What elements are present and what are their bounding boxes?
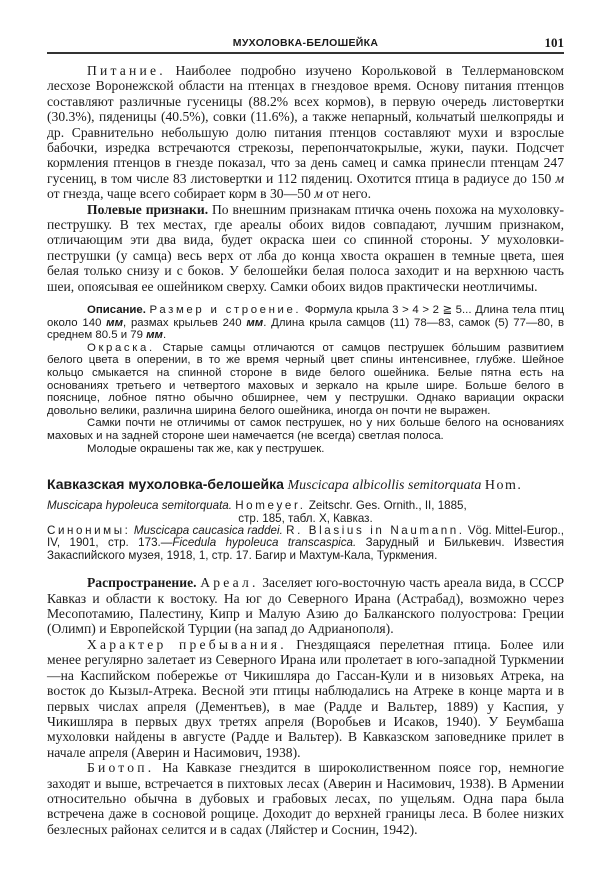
original-citation: Muscicapa hypoleuca semitorquata. Homeye… [47,500,564,512]
feeding-paragraph: Питание. Наиболее подробно изучено Корол… [47,63,564,202]
distribution-section: Распространение. Ареал. Заселяет юго-вос… [47,575,564,837]
range-label: Ареал. [200,575,258,590]
young-paragraph: Молодые окрашены так же, как у пеструшек… [47,443,564,456]
females-paragraph: Самки почти не отличимы от самок пеструш… [47,417,564,442]
field-marks-label: Полевые признаки. [87,202,208,217]
species-name-lat: Muscicapa albicollis semitorquata [287,478,481,493]
distribution-label: Распространение. [87,575,197,590]
description-label: Описание. [87,304,146,316]
size-paragraph: Описание. Размер и строение. Формула кры… [47,304,564,342]
biotope-label: Биотоп. [87,760,154,775]
synonymy-block: Muscicapa hypoleuca semitorquata. Homeye… [47,500,564,562]
species-heading: Кавказская мухоловка-белошейка Muscicapa… [47,476,564,494]
running-title: МУХОЛОВКА-БЕЛОШЕЙКА [47,37,564,49]
coloration-paragraph: Окраска. Старые самцы отличаются от самц… [47,342,564,418]
synonyms-label: Синонимы: [47,524,131,537]
synonyms-citation: Синонимы: Muscicapa caucasica raddei. R.… [47,525,564,562]
description-section: Описание. Размер и строение. Формула кры… [47,304,564,455]
size-label: Размер и строение. [150,304,302,316]
feeding-label: Питание. [87,63,166,78]
coloration-label: Окраска. [87,342,155,354]
residence-label: Характер пребывания. [87,637,287,652]
biotope-paragraph: Биотоп. На Кавказе гнездится в широколис… [47,760,564,837]
range-paragraph: Распространение. Ареал. Заселяет юго-вос… [47,575,564,637]
species-author: Hom. [485,478,523,493]
book-page: МУХОЛОВКА-БЕЛОШЕЙКА 101 Питание. Наиболе… [47,34,564,837]
field-marks-paragraph: Полевые признаки. По внешним признакам п… [47,202,564,294]
species-name-ru: Кавказская мухоловка-белошейка [47,476,284,492]
running-head: МУХОЛОВКА-БЕЛОШЕЙКА 101 [47,34,564,54]
residence-paragraph: Характер пребывания. Гнездящаяся перелет… [47,637,564,760]
page-number: 101 [545,35,565,51]
